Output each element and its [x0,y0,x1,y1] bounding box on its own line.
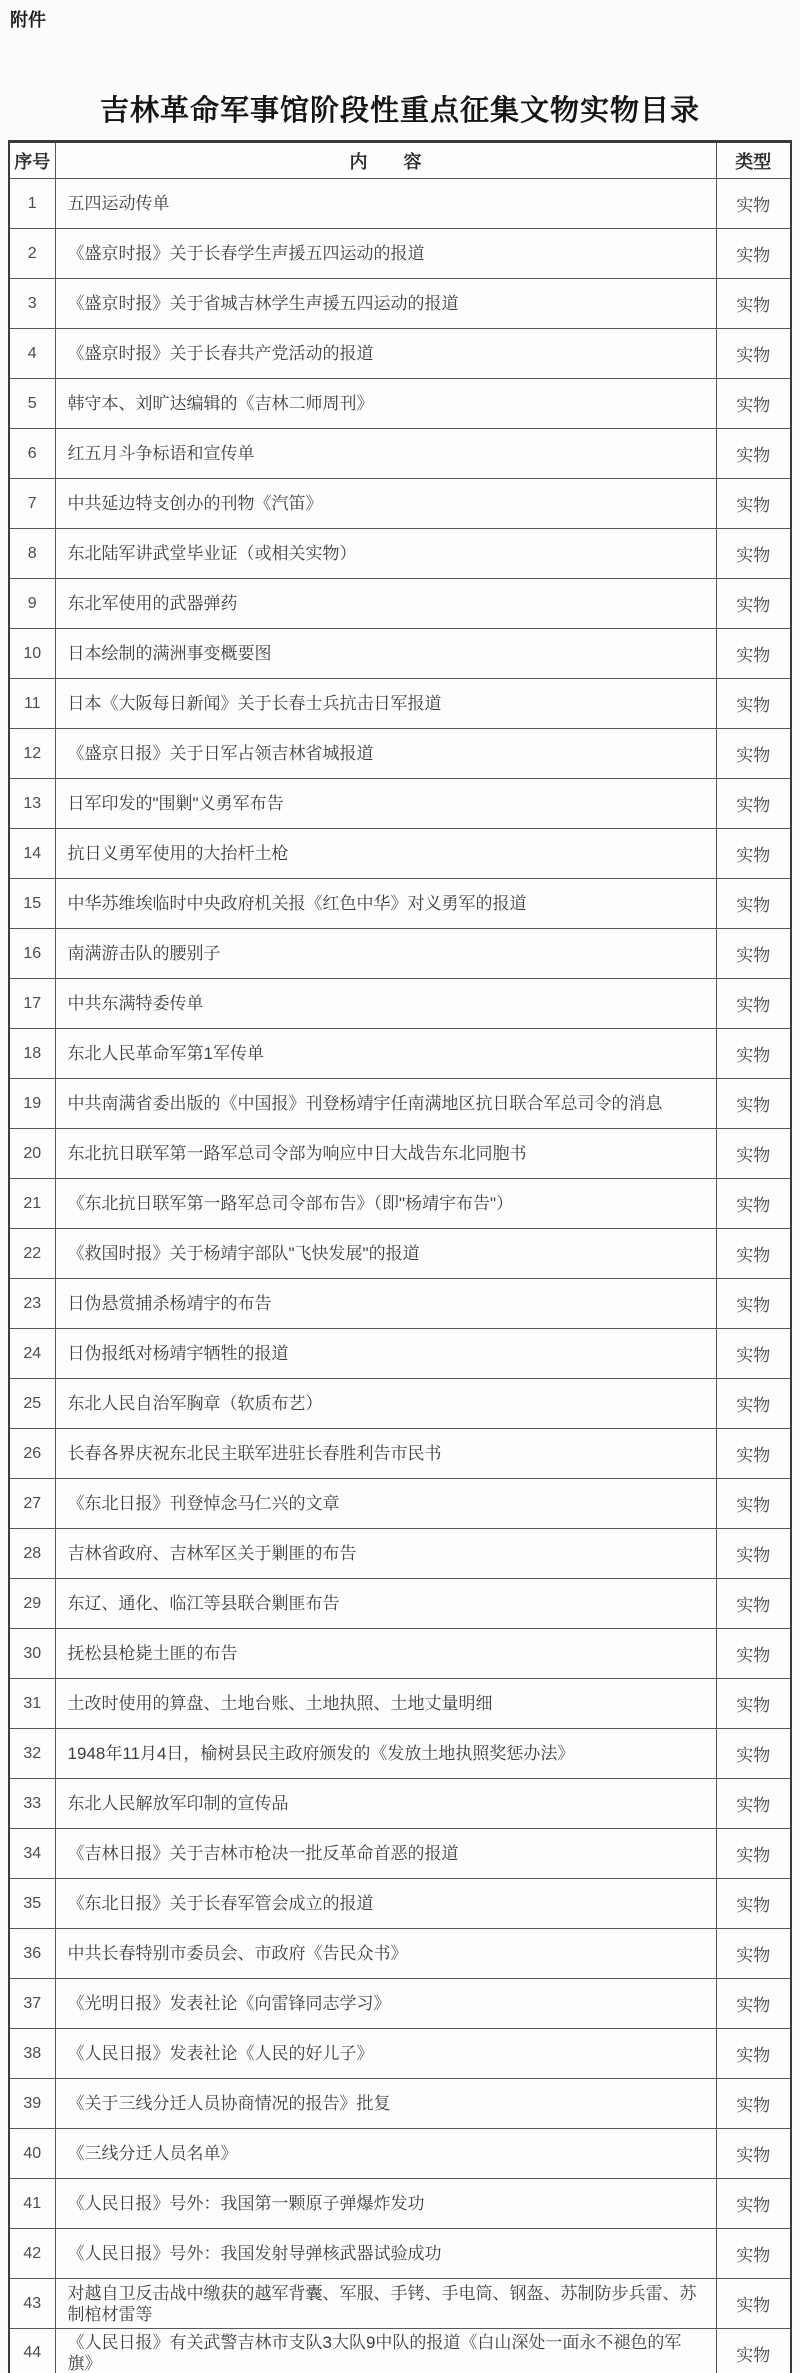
row-type-cell: 实物 [716,1279,791,1329]
row-index-cell: 17 [9,979,55,1029]
row-type-cell: 实物 [716,1529,791,1579]
row-type-cell: 实物 [716,479,791,529]
row-index-cell: 4 [9,329,55,379]
row-index-cell: 24 [9,1329,55,1379]
row-index-cell: 32 [9,1729,55,1779]
row-type-cell: 实物 [716,1679,791,1729]
row-content-cell: 《东北抗日联军第一路军总司令部布告》（即"杨靖宇布告"） [55,1179,716,1229]
row-content-cell: 《盛京时报》关于省城吉林学生声援五四运动的报道 [55,279,716,329]
row-content-cell: 韩守本、刘旷达编辑的《吉林二师周刊》 [55,379,716,429]
row-content-cell: 《盛京日报》关于日军占领吉林省城报道 [55,729,716,779]
row-type-cell: 实物 [716,1929,791,1979]
row-type-cell: 实物 [716,2179,791,2229]
table-row: 34《吉林日报》关于吉林市枪决一批反革命首恶的报道实物 [9,1829,791,1879]
row-content-cell: 五四运动传单 [55,179,716,229]
table-row: 18东北人民革命军第1军传单实物 [9,1029,791,1079]
row-type-cell: 实物 [716,2029,791,2079]
table-row: 40《三线分迁人员名单》实物 [9,2129,791,2179]
row-type-cell: 实物 [716,1029,791,1079]
row-index-cell: 15 [9,879,55,929]
row-index-cell: 9 [9,579,55,629]
row-type-cell: 实物 [716,2329,791,2373]
row-type-cell: 实物 [716,529,791,579]
row-content-cell: 东北抗日联军第一路军总司令部为响应中日大战告东北同胞书 [55,1129,716,1179]
row-type-cell: 实物 [716,1829,791,1879]
row-type-cell: 实物 [716,579,791,629]
column-header-content: 内 容 [55,142,716,179]
row-index-cell: 27 [9,1479,55,1529]
table-row: 36中共长春特别市委员会、市政府《告民众书》实物 [9,1929,791,1979]
row-index-cell: 13 [9,779,55,829]
row-content-cell: 南满游击队的腰别子 [55,929,716,979]
row-index-cell: 20 [9,1129,55,1179]
table-row: 1五四运动传单实物 [9,179,791,229]
row-content-cell: 抗日义勇军使用的大抬杆土枪 [55,829,716,879]
row-type-cell: 实物 [716,2079,791,2129]
row-content-cell: 《光明日报》发表社论《向雷锋同志学习》 [55,1979,716,2029]
row-type-cell: 实物 [716,429,791,479]
row-index-cell: 34 [9,1829,55,1879]
row-content-cell: 东北陆军讲武堂毕业证（或相关实物） [55,529,716,579]
row-type-cell: 实物 [716,379,791,429]
row-content-cell: 中华苏维埃临时中央政府机关报《红色中华》对义勇军的报道 [55,879,716,929]
table-row: 14抗日义勇军使用的大抬杆土枪实物 [9,829,791,879]
row-type-cell: 实物 [716,2279,791,2329]
row-content-cell: 中共南满省委出版的《中国报》刊登杨靖宇任南满地区抗日联合军总司令的消息 [55,1079,716,1129]
row-index-cell: 16 [9,929,55,979]
table-row: 31土改时使用的算盘、土地台账、土地执照、土地丈量明细实物 [9,1679,791,1729]
row-content-cell: 中共长春特别市委员会、市政府《告民众书》 [55,1929,716,1979]
table-row: 33东北人民解放军印制的宣传品实物 [9,1779,791,1829]
table-row: 10日本绘制的满洲事变概要图实物 [9,629,791,679]
page-title: 吉林革命军事馆阶段性重点征集文物实物目录 [0,88,800,129]
table-row: 11日本《大阪每日新闻》关于长春士兵抗击日军报道实物 [9,679,791,729]
row-content-cell: 《吉林日报》关于吉林市枪决一批反革命首恶的报道 [55,1829,716,1879]
catalog-table-body: 1五四运动传单实物2《盛京时报》关于长春学生声援五四运动的报道实物3《盛京时报》… [9,179,791,2373]
row-index-cell: 12 [9,729,55,779]
row-type-cell: 实物 [716,879,791,929]
row-content-cell: 日伪悬赏捕杀杨靖宇的布告 [55,1279,716,1329]
row-type-cell: 实物 [716,829,791,879]
row-index-cell: 38 [9,2029,55,2079]
row-type-cell: 实物 [716,1079,791,1129]
row-content-cell: 东北人民解放军印制的宣传品 [55,1779,716,1829]
row-type-cell: 实物 [716,1979,791,2029]
table-row: 6红五月斗争标语和宣传单实物 [9,429,791,479]
row-index-cell: 40 [9,2129,55,2179]
table-row: 19中共南满省委出版的《中国报》刊登杨靖宇任南满地区抗日联合军总司令的消息实物 [9,1079,791,1129]
row-index-cell: 25 [9,1379,55,1429]
row-content-cell: 长春各界庆祝东北民主联军进驻长春胜利告市民书 [55,1429,716,1479]
table-row: 3《盛京时报》关于省城吉林学生声援五四运动的报道实物 [9,279,791,329]
row-content-cell: 日本绘制的满洲事变概要图 [55,629,716,679]
table-row: 25东北人民自治军胸章（软质布艺）实物 [9,1379,791,1429]
row-index-cell: 44 [9,2329,55,2373]
row-index-cell: 3 [9,279,55,329]
row-content-cell: 《三线分迁人员名单》 [55,2129,716,2179]
table-row: 44《人民日报》有关武警吉林市支队3大队9中队的报道《白山深处一面永不褪色的军旗… [9,2329,791,2373]
row-index-cell: 18 [9,1029,55,1079]
row-content-cell: 《东北日报》刊登悼念马仁兴的文章 [55,1479,716,1529]
table-row: 37《光明日报》发表社论《向雷锋同志学习》实物 [9,1979,791,2029]
row-content-cell: 东辽、通化、临江等县联合剿匪布告 [55,1579,716,1629]
row-index-cell: 6 [9,429,55,479]
table-row: 21《东北抗日联军第一路军总司令部布告》（即"杨靖宇布告"）实物 [9,1179,791,1229]
row-index-cell: 41 [9,2179,55,2229]
row-type-cell: 实物 [716,1879,791,1929]
attachment-label: 附件 [10,6,46,32]
column-header-index: 序号 [9,142,55,179]
table-row: 28吉林省政府、吉林军区关于剿匪的布告实物 [9,1529,791,1579]
row-index-cell: 7 [9,479,55,529]
row-type-cell: 实物 [716,329,791,379]
table-row: 7中共延边特支创办的刊物《汽笛》实物 [9,479,791,529]
row-index-cell: 31 [9,1679,55,1729]
table-row: 26长春各界庆祝东北民主联军进驻长春胜利告市民书实物 [9,1429,791,1479]
table-row: 22《救国时报》关于杨靖宇部队"飞快发展"的报道实物 [9,1229,791,1279]
row-index-cell: 22 [9,1229,55,1279]
row-type-cell: 实物 [716,179,791,229]
row-index-cell: 28 [9,1529,55,1579]
row-content-cell: 《东北日报》关于长春军管会成立的报道 [55,1879,716,1929]
row-index-cell: 21 [9,1179,55,1229]
row-index-cell: 1 [9,179,55,229]
row-type-cell: 实物 [716,729,791,779]
row-type-cell: 实物 [716,1379,791,1429]
row-content-cell: 《人民日报》号外：我国第一颗原子弹爆炸发功 [55,2179,716,2229]
row-type-cell: 实物 [716,1779,791,1829]
table-row: 2《盛京时报》关于长春学生声援五四运动的报道实物 [9,229,791,279]
table-row: 38《人民日报》发表社论《人民的好儿子》实物 [9,2029,791,2079]
row-index-cell: 8 [9,529,55,579]
row-type-cell: 实物 [716,679,791,729]
table-row: 4《盛京时报》关于长春共产党活动的报道实物 [9,329,791,379]
row-content-cell: 红五月斗争标语和宣传单 [55,429,716,479]
row-type-cell: 实物 [716,779,791,829]
row-content-cell: 中共东满特委传单 [55,979,716,1029]
row-index-cell: 43 [9,2279,55,2329]
row-index-cell: 2 [9,229,55,279]
row-content-cell: 《人民日报》号外：我国发射导弹核武器试验成功 [55,2229,716,2279]
catalog-table: 序号 内 容 类型 1五四运动传单实物2《盛京时报》关于长春学生声援五四运动的报… [8,140,792,2373]
table-row: 23日伪悬赏捕杀杨靖宇的布告实物 [9,1279,791,1329]
row-type-cell: 实物 [716,629,791,679]
row-type-cell: 实物 [716,2229,791,2279]
row-index-cell: 19 [9,1079,55,1129]
row-type-cell: 实物 [716,279,791,329]
table-row: 9东北军使用的武器弹药实物 [9,579,791,629]
column-header-type: 类型 [716,142,791,179]
row-content-cell: 东北人民自治军胸章（软质布艺） [55,1379,716,1429]
row-index-cell: 33 [9,1779,55,1829]
row-content-cell: 东北人民革命军第1军传单 [55,1029,716,1079]
row-type-cell: 实物 [716,1179,791,1229]
row-type-cell: 实物 [716,1429,791,1479]
row-content-cell: 抚松县枪毙土匪的布告 [55,1629,716,1679]
row-type-cell: 实物 [716,929,791,979]
table-row: 39《关于三线分迁人员协商情况的报告》批复实物 [9,2079,791,2129]
row-content-cell: 日军印发的"围剿"义勇军布告 [55,779,716,829]
row-type-cell: 实物 [716,2129,791,2179]
table-row: 13日军印发的"围剿"义勇军布告实物 [9,779,791,829]
row-type-cell: 实物 [716,1729,791,1779]
row-content-cell: 东北军使用的武器弹药 [55,579,716,629]
row-index-cell: 10 [9,629,55,679]
row-index-cell: 14 [9,829,55,879]
row-index-cell: 42 [9,2229,55,2279]
row-content-cell: 对越自卫反击战中缴获的越军背囊、军服、手铐、手电筒、钢盔、苏制防步兵雷、苏制棺材… [55,2279,716,2329]
table-row: 17中共东满特委传单实物 [9,979,791,1029]
table-row: 41《人民日报》号外：我国第一颗原子弹爆炸发功实物 [9,2179,791,2229]
row-content-cell: 中共延边特支创办的刊物《汽笛》 [55,479,716,529]
table-row: 15中华苏维埃临时中央政府机关报《红色中华》对义勇军的报道实物 [9,879,791,929]
row-index-cell: 39 [9,2079,55,2129]
table-row: 35《东北日报》关于长春军管会成立的报道实物 [9,1879,791,1929]
row-type-cell: 实物 [716,979,791,1029]
table-row: 20东北抗日联军第一路军总司令部为响应中日大战告东北同胞书实物 [9,1129,791,1179]
row-type-cell: 实物 [716,1129,791,1179]
row-content-cell: 吉林省政府、吉林军区关于剿匪的布告 [55,1529,716,1579]
table-row: 42《人民日报》号外：我国发射导弹核武器试验成功实物 [9,2229,791,2279]
row-index-cell: 11 [9,679,55,729]
row-index-cell: 23 [9,1279,55,1329]
row-index-cell: 26 [9,1429,55,1479]
table-row: 321948年11月4日，榆树县民主政府颁发的《发放土地执照奖惩办法》实物 [9,1729,791,1779]
row-content-cell: 《盛京时报》关于长春共产党活动的报道 [55,329,716,379]
row-content-cell: 1948年11月4日，榆树县民主政府颁发的《发放土地执照奖惩办法》 [55,1729,716,1779]
table-row: 16南满游击队的腰别子实物 [9,929,791,979]
table-row: 43对越自卫反击战中缴获的越军背囊、军服、手铐、手电筒、钢盔、苏制防步兵雷、苏制… [9,2279,791,2329]
row-content-cell: 《人民日报》有关武警吉林市支队3大队9中队的报道《白山深处一面永不褪色的军旗》 [55,2329,716,2373]
row-content-cell: 《关于三线分迁人员协商情况的报告》批复 [55,2079,716,2129]
row-index-cell: 30 [9,1629,55,1679]
document-page: 附件 吉林革命军事馆阶段性重点征集文物实物目录 序号 内 容 类型 1五四运动传… [0,0,800,2373]
table-row: 24日伪报纸对杨靖宇牺牲的报道实物 [9,1329,791,1379]
row-index-cell: 29 [9,1579,55,1629]
table-row: 30抚松县枪毙土匪的布告实物 [9,1629,791,1679]
table-row: 12《盛京日报》关于日军占领吉林省城报道实物 [9,729,791,779]
row-content-cell: 土改时使用的算盘、土地台账、土地执照、土地丈量明细 [55,1679,716,1729]
table-row: 29东辽、通化、临江等县联合剿匪布告实物 [9,1579,791,1629]
row-index-cell: 36 [9,1929,55,1979]
row-content-cell: 日伪报纸对杨靖宇牺牲的报道 [55,1329,716,1379]
table-row: 8东北陆军讲武堂毕业证（或相关实物）实物 [9,529,791,579]
row-type-cell: 实物 [716,229,791,279]
row-content-cell: 日本《大阪每日新闻》关于长春士兵抗击日军报道 [55,679,716,729]
row-content-cell: 《救国时报》关于杨靖宇部队"飞快发展"的报道 [55,1229,716,1279]
row-content-cell: 《盛京时报》关于长春学生声援五四运动的报道 [55,229,716,279]
row-content-cell: 《人民日报》发表社论《人民的好儿子》 [55,2029,716,2079]
row-type-cell: 实物 [716,1579,791,1629]
table-header-row: 序号 内 容 类型 [9,142,791,179]
table-row: 5韩守本、刘旷达编辑的《吉林二师周刊》实物 [9,379,791,429]
row-type-cell: 实物 [716,1479,791,1529]
row-index-cell: 37 [9,1979,55,2029]
row-type-cell: 实物 [716,1229,791,1279]
row-index-cell: 35 [9,1879,55,1929]
row-index-cell: 5 [9,379,55,429]
row-type-cell: 实物 [716,1629,791,1679]
table-row: 27《东北日报》刊登悼念马仁兴的文章实物 [9,1479,791,1529]
row-type-cell: 实物 [716,1329,791,1379]
